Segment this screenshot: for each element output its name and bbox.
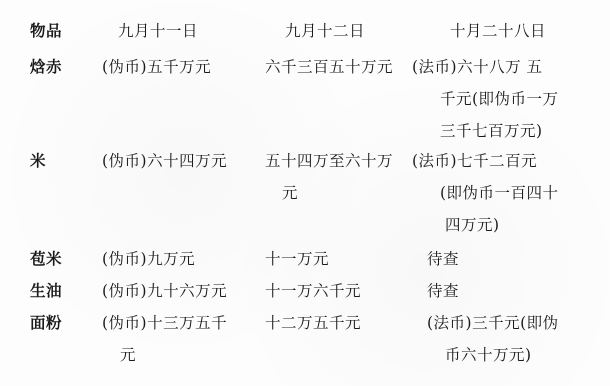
price-sep12: 六千三百五十万元 bbox=[265, 58, 393, 76]
price-sep11-cont: 元 bbox=[120, 346, 136, 364]
price-oct28: 待查 bbox=[427, 250, 459, 268]
price-oct28: (法币)六十八万 五 bbox=[412, 58, 543, 76]
price-sep12: 十一万元 bbox=[265, 250, 329, 268]
price-oct28-cont: 币六十万元) bbox=[445, 346, 532, 364]
item-name: 焓赤 bbox=[30, 58, 62, 76]
header-oct28: 十月二十八日 bbox=[450, 22, 546, 40]
price-oct28-cont: (即伪币一百四十 bbox=[440, 184, 559, 202]
item-name: 生油 bbox=[30, 282, 62, 300]
price-oct28: 待查 bbox=[427, 282, 459, 300]
price-oct28-cont: 千元(即伪币一万 bbox=[440, 90, 559, 108]
header-item: 物品 bbox=[30, 22, 62, 40]
price-sep11: (伪币)九十六万元 bbox=[102, 282, 227, 300]
item-name: 米 bbox=[30, 152, 46, 170]
price-sep12: 十一万六千元 bbox=[265, 282, 361, 300]
header-sep11: 九月十一日 bbox=[118, 22, 198, 40]
item-name: 苞米 bbox=[30, 250, 62, 268]
price-oct28-cont: 四万元) bbox=[445, 216, 500, 234]
price-sep12: 五十四万至六十万 bbox=[265, 152, 393, 170]
price-sep12-cont: 元 bbox=[282, 184, 298, 202]
price-sep11: (伪币)九万元 bbox=[102, 250, 195, 268]
price-oct28-cont: 三千七百万元) bbox=[440, 122, 543, 140]
item-name: 面粉 bbox=[30, 314, 62, 332]
price-oct28: (法币)七千二百元 bbox=[412, 152, 537, 170]
price-sep12: 十二万五千元 bbox=[265, 314, 361, 332]
price-sep11: (伪币)五千万元 bbox=[102, 58, 211, 76]
header-sep12: 九月十二日 bbox=[285, 22, 365, 40]
price-oct28: (法币)三千元(即伪 bbox=[427, 314, 559, 332]
price-sep11: (伪币)六十四万元 bbox=[102, 152, 227, 170]
price-sep11: (伪币)十三万五千 bbox=[102, 314, 227, 332]
